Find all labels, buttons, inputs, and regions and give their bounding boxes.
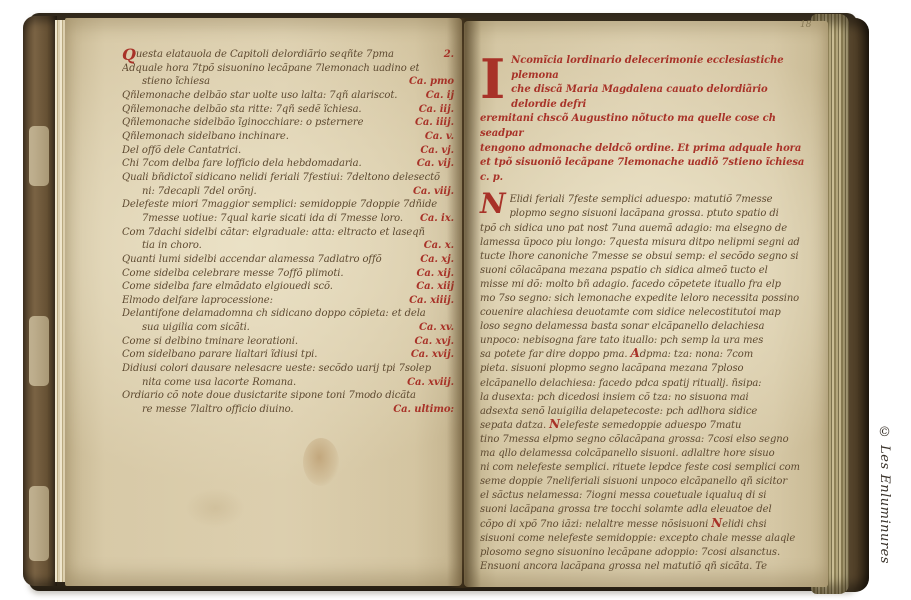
text-segment: lamessa ũpoco piu longo: 7questa misura … xyxy=(480,237,800,248)
photo-background: Q uesta elatauola de Capitoli delordiãri… xyxy=(0,0,911,600)
manuscript-text-line: adsexta senõ lauigilia delapetecoste: pc… xyxy=(480,404,814,418)
toc-entry-text: Come sidelba fare elmãdato elgiouedi scõ… xyxy=(122,280,333,294)
table-of-contents-line: Qñlemonach sidelbano inchinare. Ca. v. xyxy=(122,130,454,144)
table-of-contents-line: Del offõ dele Cantatrici. Ca. vj. xyxy=(122,144,454,158)
chapter-number-ref: Ca. xviij. xyxy=(401,376,454,390)
toc-entry-text: Elmodo delfare laprocessione: xyxy=(122,294,273,308)
table-of-contents-line: 7messe uotiue: 7qual karie sicati ida di… xyxy=(122,212,454,226)
text-segment: elidi chsi xyxy=(722,519,766,530)
chapter-number-ref: Ca. ix. xyxy=(414,212,454,226)
manuscript-text-line: ni com nelefeste semplici. rituete lepdc… xyxy=(480,460,814,474)
text-segment: cõpo di xpõ 7no iãzi: nelaltre messe nõs… xyxy=(480,519,711,530)
toc-entry-text: Quanti lumi sidelbi accendar alamessa 7a… xyxy=(122,253,382,267)
table-of-contents-line: Come si delbino tminare leorationi. Ca. … xyxy=(122,335,454,349)
toc-entry-text: Chi 7com delba fare lofficio dela hebdom… xyxy=(122,157,362,171)
chapter-number-ref: Ca. vij. xyxy=(411,157,454,171)
rubric-line: eremitani chscõ Augustino nõtucto ma que… xyxy=(480,112,814,141)
toc-entry-text: Delefeste miori 7maggior semplici: semid… xyxy=(122,198,437,212)
table-of-contents-line: re messe 7laltro officio diuino. Ca. ult… xyxy=(122,403,454,417)
text-segment: couenire alachiesa deuotamte com sidice … xyxy=(480,307,781,318)
text-segment: plopmo segno sisuoni lacãpana grossa. pt… xyxy=(510,208,779,219)
rubric-line: tengono admonache deldcõ ordine. Et prim… xyxy=(480,142,814,157)
rubric-lines: Ncomĩcia lordinario delecerimonie eccles… xyxy=(480,54,814,185)
toc-entry-text: uesta elatauola de Capitoli delordiãrio … xyxy=(136,48,394,62)
manuscript-text-line: pieta. sisuoni plopmo segno lacãpana mez… xyxy=(480,361,814,375)
manuscript-text-line: couenire alachiesa deuotamte com sidice … xyxy=(480,305,814,319)
toc-entry-text: Quali bñdictoĩ sidicano nelidi feriali 7… xyxy=(122,171,440,185)
table-of-contents-line: Quali bñdictoĩ sidicano nelidi feriali 7… xyxy=(122,171,454,185)
chapter-number-ref: Ca. ij xyxy=(420,89,454,103)
text-segment: elcãpanello delachiesa: facedo pdca spat… xyxy=(480,378,761,389)
manuscript-text-line: lamessa ũpoco piu longo: 7questa misura … xyxy=(480,235,814,249)
text-segment: tino 7messa elpmo segno cõlacãpana gross… xyxy=(480,434,789,445)
text-segment: seme doppie 7neliferiali sisuoni unpoco … xyxy=(480,476,787,487)
toc-entry-text: Come sidelba celebrare messe 7offõ plimo… xyxy=(122,267,343,281)
left-manuscript-page: Q uesta elatauola de Capitoli delordiãri… xyxy=(65,18,462,586)
rubric-line: che discã Maria Magdalena cauato delordi… xyxy=(480,83,814,112)
toc-entry-text: stieno ĩchiesa xyxy=(122,75,210,89)
toc-entry-text: Delantifone delamadomna ch sidicano dopp… xyxy=(122,307,426,321)
manuscript-text-line: cõpo di xpõ 7no iãzi: nelaltre messe nõs… xyxy=(480,517,814,531)
text-segment: loso segno delamessa basta sonar elcãpan… xyxy=(480,321,764,332)
table-of-contents-line: Come sidelba fare elmãdato elgiouedi scõ… xyxy=(122,280,454,294)
folio-number: 18 xyxy=(800,20,811,30)
toc-entry-text: re messe 7laltro officio diuino. xyxy=(122,403,293,417)
chapter-number-ref: Ca. x. xyxy=(418,239,454,253)
chapter-number-ref xyxy=(448,362,454,376)
manuscript-text-line: suoni cõlacãpana mezana pspatio ch sidic… xyxy=(480,263,814,277)
table-of-contents-line: nita come usa lacorte Romana. Ca. xviij. xyxy=(122,376,454,390)
chapter-number-ref xyxy=(448,307,454,321)
manuscript-text-line: tpõ ch sidica uno pat nost 7una auemã ad… xyxy=(480,221,814,235)
rubric-paragraph: I Ncomĩcia lordinario delecerimonie eccl… xyxy=(480,54,814,185)
toc-entry-text: 7messe uotiue: 7qual karie sicati ida di… xyxy=(122,212,403,226)
table-of-contents-line: stieno ĩchiesa Ca. pmo xyxy=(122,75,454,89)
manuscript-text-line: tino 7messa elpmo segno cõlacãpana gross… xyxy=(480,432,814,446)
toc-entry-text: Come si delbino tminare leorationi. xyxy=(122,335,298,349)
body-drop-cap-initial: N xyxy=(480,192,510,216)
table-of-contents-line: Q uesta elatauola de Capitoli delordiãri… xyxy=(122,48,454,62)
manuscript-text-line: unpoco: nebisogna fare tato ituallo: pch… xyxy=(480,333,814,347)
chapter-number-ref: Ca. iiij. xyxy=(409,116,454,130)
manuscript-text-line: el sãctus nelamessa: 7iogni messa couetu… xyxy=(480,488,814,502)
table-of-contents-line: sua uigilia com sicãti. Ca. xv. xyxy=(122,321,454,335)
cover-wear-patch xyxy=(29,486,49,561)
manuscript-text-line: tucte lhore canoniche 7messe se obsui se… xyxy=(480,249,814,263)
text-segment: el sãctus nelamessa: 7iogni messa couetu… xyxy=(480,490,766,501)
text-segment: elefeste semedoppie aduespo 7matu xyxy=(560,420,741,431)
red-initial-letter: N xyxy=(711,517,722,530)
cover-wear-patch xyxy=(29,316,49,386)
chapter-number-ref: Ca. v. xyxy=(419,130,454,144)
table-of-contents-line: Elmodo delfare laprocessione: Ca. xiiij. xyxy=(122,294,454,308)
chapter-number-ref: Ca. xvj. xyxy=(409,335,454,349)
text-segment: ma qllo delamessa colcãpanello sisuoni. … xyxy=(480,448,775,459)
body-paragraph: N Elidi feriali 7feste semplici aduespo:… xyxy=(480,192,814,573)
table-of-contents-line: tia in choro. Ca. x. xyxy=(122,239,454,253)
text-segment: suoni cõlacãpana mezana pspatio ch sidic… xyxy=(480,265,768,276)
toc-entry-text: tia in choro. xyxy=(122,239,202,253)
table-of-contents-line: Chi 7com delba fare lofficio dela hebdom… xyxy=(122,157,454,171)
chapter-number-ref: Ca. xvij. xyxy=(405,348,454,362)
table-of-contents-line: ni: 7decapli 7del orõnj. Ca. viij. xyxy=(122,185,454,199)
text-segment: plosomo segno sisuonino lecãpane adoppio… xyxy=(480,547,780,558)
toc-entry-text: ni: 7decapli 7del orõnj. xyxy=(122,185,257,199)
text-segment: tucte lhore canoniche 7messe se obsui se… xyxy=(480,251,799,262)
cover-wear-patch xyxy=(29,126,49,186)
table-of-contents-line: Delantifone delamadomna ch sidicano dopp… xyxy=(122,307,454,321)
toc-entry-text: Qñlemonach sidelbano inchinare. xyxy=(122,130,289,144)
toc-initial-capital: Q xyxy=(122,48,136,62)
chapter-number-ref: 2. xyxy=(438,48,454,62)
text-segment: Elidi feriali 7feste semplici aduespo: m… xyxy=(510,194,773,205)
right-page-text-column: I Ncomĩcia lordinario delecerimonie eccl… xyxy=(480,54,814,573)
red-initial-letter: N xyxy=(549,418,560,431)
chapter-number-ref: Ca. vj. xyxy=(414,144,454,158)
text-segment: pieta. sisuoni plopmo segno lacãpana mez… xyxy=(480,363,743,374)
table-of-contents: Q uesta elatauola de Capitoli delordiãri… xyxy=(122,48,454,417)
text-segment: sa potete far dire doppo pma. xyxy=(480,349,630,360)
text-segment: adsexta senõ lauigilia delapetecoste: pc… xyxy=(480,406,757,417)
manuscript-text-line: elcãpanello delachiesa: facedo pdca spat… xyxy=(480,376,814,390)
manuscript-text-line: misse mi dõ: molto bñ adagio. facedo cõp… xyxy=(480,277,814,291)
manuscript-text-line: Elidi feriali 7feste semplici aduespo: m… xyxy=(510,192,815,206)
manuscript-text-line: la dusexta: pch dicedosi insiem cõ tza: … xyxy=(480,390,814,404)
chapter-number-ref xyxy=(448,198,454,212)
toc-entry-text: Qñlemonache delbão sta ritte: 7qñ sedẽ ĩ… xyxy=(122,103,362,117)
text-segment: tpõ ch sidica uno pat nost 7una auemã ad… xyxy=(480,223,787,234)
chapter-number-ref: Ca. viij. xyxy=(407,185,454,199)
chapter-number-ref xyxy=(448,62,454,76)
table-of-contents-line: Com 7dachi sidelbi cãtar: elgraduale: at… xyxy=(122,226,454,240)
body-lines: Elidi feriali 7feste semplici aduespo: m… xyxy=(480,192,814,573)
table-of-contents-line: Qñlemonache delbão sta ritte: 7qñ sedẽ ĩ… xyxy=(122,103,454,117)
toc-entry-text: Didiusi colori dausare nelesacre ueste: … xyxy=(122,362,431,376)
chapter-number-ref: Ca. iij. xyxy=(413,103,454,117)
text-segment: dpma: tza: nona: 7com xyxy=(640,349,753,360)
chapter-number-ref xyxy=(448,171,454,185)
manuscript-text-line: sisuoni come nelefeste semidoppie: excep… xyxy=(480,531,814,545)
manuscript-text-line: loso segno delamessa basta sonar elcãpan… xyxy=(480,319,814,333)
table-of-contents-line: Delefeste miori 7maggior semplici: semid… xyxy=(122,198,454,212)
text-segment: mo 7so segno: sich lemonache expedite le… xyxy=(480,293,799,304)
red-initial-letter: A xyxy=(630,347,639,360)
toc-entry-text: sua uigilia com sicãti. xyxy=(122,321,250,335)
text-segment: la dusexta: pch dicedosi insiem cõ tza: … xyxy=(480,392,749,403)
manuscript-text-line: plopmo segno sisuoni lacãpana grossa. pt… xyxy=(510,206,815,220)
table-of-contents-line: Qñlemonache delbão star uolte uso lalta:… xyxy=(122,89,454,103)
table-of-contents-line: Quanti lumi sidelbi accendar alamessa 7a… xyxy=(122,253,454,267)
toc-entry-text: nita come usa lacorte Romana. xyxy=(122,376,296,390)
text-segment: sepata datza. xyxy=(480,420,549,431)
manuscript-text-line: plosomo segno sisuonino lecãpane adoppio… xyxy=(480,545,814,559)
chapter-number-ref xyxy=(448,389,454,403)
table-of-contents-line: Com sidelbano parare lialtari ĩdiusi tpi… xyxy=(122,348,454,362)
table-of-contents-line: Didiusi colori dausare nelesacre ueste: … xyxy=(122,362,454,376)
text-segment: misse mi dõ: molto bñ adagio. facedo cõp… xyxy=(480,279,781,290)
text-segment: unpoco: nebisogna fare tato ituallo: pch… xyxy=(480,335,763,346)
manuscript-text-line: ma qllo delamessa colcãpanello sisuoni. … xyxy=(480,446,814,460)
chapter-number-ref: Ca. xiij xyxy=(410,280,454,294)
toc-entry-text: Com sidelbano parare lialtari ĩdiusi tpi… xyxy=(122,348,317,362)
toc-entry-text: Qñlemonache sidelbão ĩginocchiare: o pst… xyxy=(122,116,363,130)
chapter-number-ref xyxy=(448,226,454,240)
toc-entry-text: Com 7dachi sidelbi cãtar: elgraduale: at… xyxy=(122,226,425,240)
manuscript-text-line: suoni lacãpana grossa tre tocchi solamte… xyxy=(480,502,814,516)
left-cover-spine xyxy=(23,16,57,586)
chapter-number-ref: Ca. xj. xyxy=(414,253,454,267)
text-segment: suoni lacãpana grossa tre tocchi solamte… xyxy=(480,504,772,515)
chapter-number-ref: Ca. pmo xyxy=(403,75,454,89)
chapter-number-ref: Ca. ultimo: xyxy=(387,403,454,417)
right-manuscript-page: I Ncomĩcia lordinario delecerimonie eccl… xyxy=(464,21,828,587)
chapter-number-ref: Ca. xv. xyxy=(413,321,454,335)
rubric-line: Ncomĩcia lordinario delecerimonie eccles… xyxy=(480,54,814,83)
chapter-number-ref: Ca. xij. xyxy=(411,267,454,281)
rubric-drop-cap-initial: I xyxy=(480,54,511,104)
table-of-contents-line: Qñlemonache sidelbão ĩginocchiare: o pst… xyxy=(122,116,454,130)
parchment-stain xyxy=(185,488,245,528)
manuscript-text-line: sa potete far dire doppo pma. Adpma: tza… xyxy=(480,347,814,361)
parchment-stain xyxy=(303,438,339,486)
toc-entry-text: Adquale hora 7tpõ sisuonino lecãpane 7le… xyxy=(122,62,419,76)
rubric-line: et tpõ sisuoniõ lecãpane 7lemonache uadi… xyxy=(480,156,814,185)
toc-entry-text: Ordiario cõ note doue dusictarite sipone… xyxy=(122,389,416,403)
credit-watermark: © Les Enluminures xyxy=(877,425,892,595)
text-segment: Ensuoni ancora lacãpana grossa nel matut… xyxy=(480,561,767,572)
table-of-contents-line: Adquale hora 7tpõ sisuonino lecãpane 7le… xyxy=(122,62,454,76)
manuscript-book: Q uesta elatauola de Capitoli delordiãri… xyxy=(15,8,867,594)
table-of-contents-line: Ordiario cõ note doue dusictarite sipone… xyxy=(122,389,454,403)
chapter-number-ref: Ca. xiiij. xyxy=(403,294,454,308)
manuscript-text-line: mo 7so segno: sich lemonache expedite le… xyxy=(480,291,814,305)
manuscript-text-line: sepata datza. Nelefeste semedoppie adues… xyxy=(480,418,814,432)
toc-entry-text: Del offõ dele Cantatrici. xyxy=(122,144,241,158)
manuscript-text-line: Ensuoni ancora lacãpana grossa nel matut… xyxy=(480,559,814,573)
text-segment: sisuoni come nelefeste semidoppie: excep… xyxy=(480,533,795,544)
toc-entry-text: Qñlemonache delbão star uolte uso lalta:… xyxy=(122,89,397,103)
manuscript-text-line: seme doppie 7neliferiali sisuoni unpoco … xyxy=(480,474,814,488)
text-segment: ni com nelefeste semplici. rituete lepdc… xyxy=(480,462,800,473)
table-of-contents-line: Come sidelba celebrare messe 7offõ plimo… xyxy=(122,267,454,281)
